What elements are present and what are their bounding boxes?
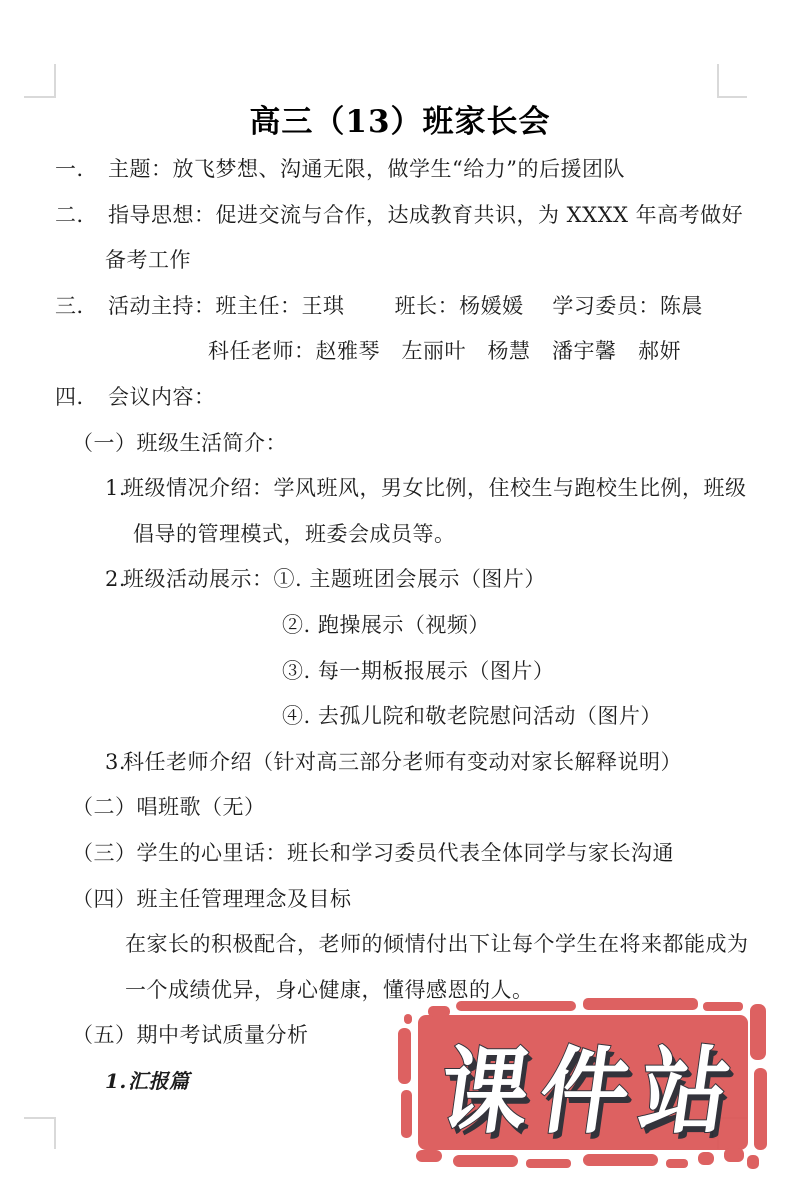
doc-line: ④. 去孤儿院和敬老院慰问活动（图片）: [0, 694, 800, 740]
doc-line: ②. 跑操展示（视频）: [0, 603, 800, 649]
line-text: （一）班级生活简介：: [72, 431, 287, 455]
line-number: 三．: [55, 284, 108, 330]
doc-line: 倡导的管理模式，班委会成员等。: [0, 512, 800, 558]
doc-line: 一．主题：放飞梦想、沟通无限，做学生“给力”的后援团队: [0, 147, 800, 193]
line-number: 1.: [105, 466, 123, 512]
line-text: 科任老师：赵雅琴 左丽叶 杨慧 潘宇馨 郝妍: [208, 339, 681, 363]
line-number: 2.: [105, 557, 123, 603]
line-text: 科任老师介绍（针对高三部分老师有变动对家长解释说明）: [123, 750, 682, 774]
doc-line: （二）唱班歌（无）: [0, 785, 800, 831]
line-text: 指导思想：促进交流与合作，达成教育共识，为 XXXX 年高考做好: [108, 203, 743, 227]
line-text: 主题：放飞梦想、沟通无限，做学生“给力”的后援团队: [108, 157, 625, 181]
stamp-text: 课件站: [433, 1037, 748, 1146]
line-text: （二）唱班歌（无）: [72, 795, 266, 819]
document-page: 高三（13）班家长会 一．主题：放飞梦想、沟通无限，做学生“给力”的后援团队二．…: [0, 0, 800, 1200]
doc-line: 备考工作: [0, 238, 800, 284]
line-number: 1.: [105, 1059, 128, 1105]
document-body: 一．主题：放飞梦想、沟通无限，做学生“给力”的后援团队二．指导思想：促进交流与合…: [0, 147, 800, 1104]
doc-line: 1.班级情况介绍：学风班风，男女比例，住校生与跑校生比例，班级: [0, 466, 800, 512]
line-text: 班级情况介绍：学风班风，男女比例，住校生与跑校生比例，班级: [123, 476, 747, 500]
doc-line: 3.科任老师介绍（针对高三部分老师有变动对家长解释说明）: [0, 740, 800, 786]
page-title: 高三（13）班家长会: [0, 96, 800, 141]
line-text: 活动主持：班主任：王琪 班长：杨媛媛 学习委员：陈晨: [108, 294, 703, 318]
line-text: （三）学生的心里话：班长和学习委员代表全体同学与家长沟通: [72, 841, 674, 865]
line-number: 二．: [55, 193, 108, 239]
doc-line: 二．指导思想：促进交流与合作，达成教育共识，为 XXXX 年高考做好: [0, 193, 800, 239]
line-number: 一．: [55, 147, 108, 193]
line-number: 四．: [55, 375, 108, 421]
doc-line: 三．活动主持：班主任：王琪 班长：杨媛媛 学习委员：陈晨: [0, 284, 800, 330]
line-text: （五）期中考试质量分析: [72, 1023, 309, 1047]
line-text: 在家长的积极配合，老师的倾情付出下让每个学生在将来都能成为: [125, 932, 749, 956]
line-text: （四）班主任管理理念及目标: [72, 887, 352, 911]
line-text: 班级活动展示：①. 主题班团会展示（图片）: [123, 567, 546, 591]
doc-line: 在家长的积极配合，老师的倾情付出下让每个学生在将来都能成为: [0, 922, 800, 968]
doc-line: 四．会议内容：: [0, 375, 800, 421]
doc-line: 2.班级活动展示：①. 主题班团会展示（图片）: [0, 557, 800, 603]
crop-mark-top-right: [717, 64, 747, 98]
line-text: 汇报篇: [128, 1069, 190, 1093]
line-text: ③. 每一期板报展示（图片）: [282, 659, 554, 683]
line-text: ④. 去孤儿院和敬老院慰问活动（图片）: [282, 704, 662, 728]
line-text: ②. 跑操展示（视频）: [282, 613, 490, 637]
doc-line: （三）学生的心里话：班长和学习委员代表全体同学与家长沟通: [0, 831, 800, 877]
line-text: 会议内容：: [108, 385, 216, 409]
doc-line: （一）班级生活简介：: [0, 421, 800, 467]
line-text: 备考工作: [105, 248, 191, 272]
line-number: 3.: [105, 740, 123, 786]
crop-mark-top-left: [24, 64, 56, 98]
doc-line: ③. 每一期板报展示（图片）: [0, 649, 800, 695]
line-text: 倡导的管理模式，班委会成员等。: [133, 522, 456, 546]
crop-mark-bottom-left: [24, 1117, 56, 1149]
doc-line: （四）班主任管理理念及目标: [0, 877, 800, 923]
doc-line: 科任老师：赵雅琴 左丽叶 杨慧 潘宇馨 郝妍: [0, 329, 800, 375]
watermark-stamp: 课件站 课件站: [398, 998, 778, 1178]
